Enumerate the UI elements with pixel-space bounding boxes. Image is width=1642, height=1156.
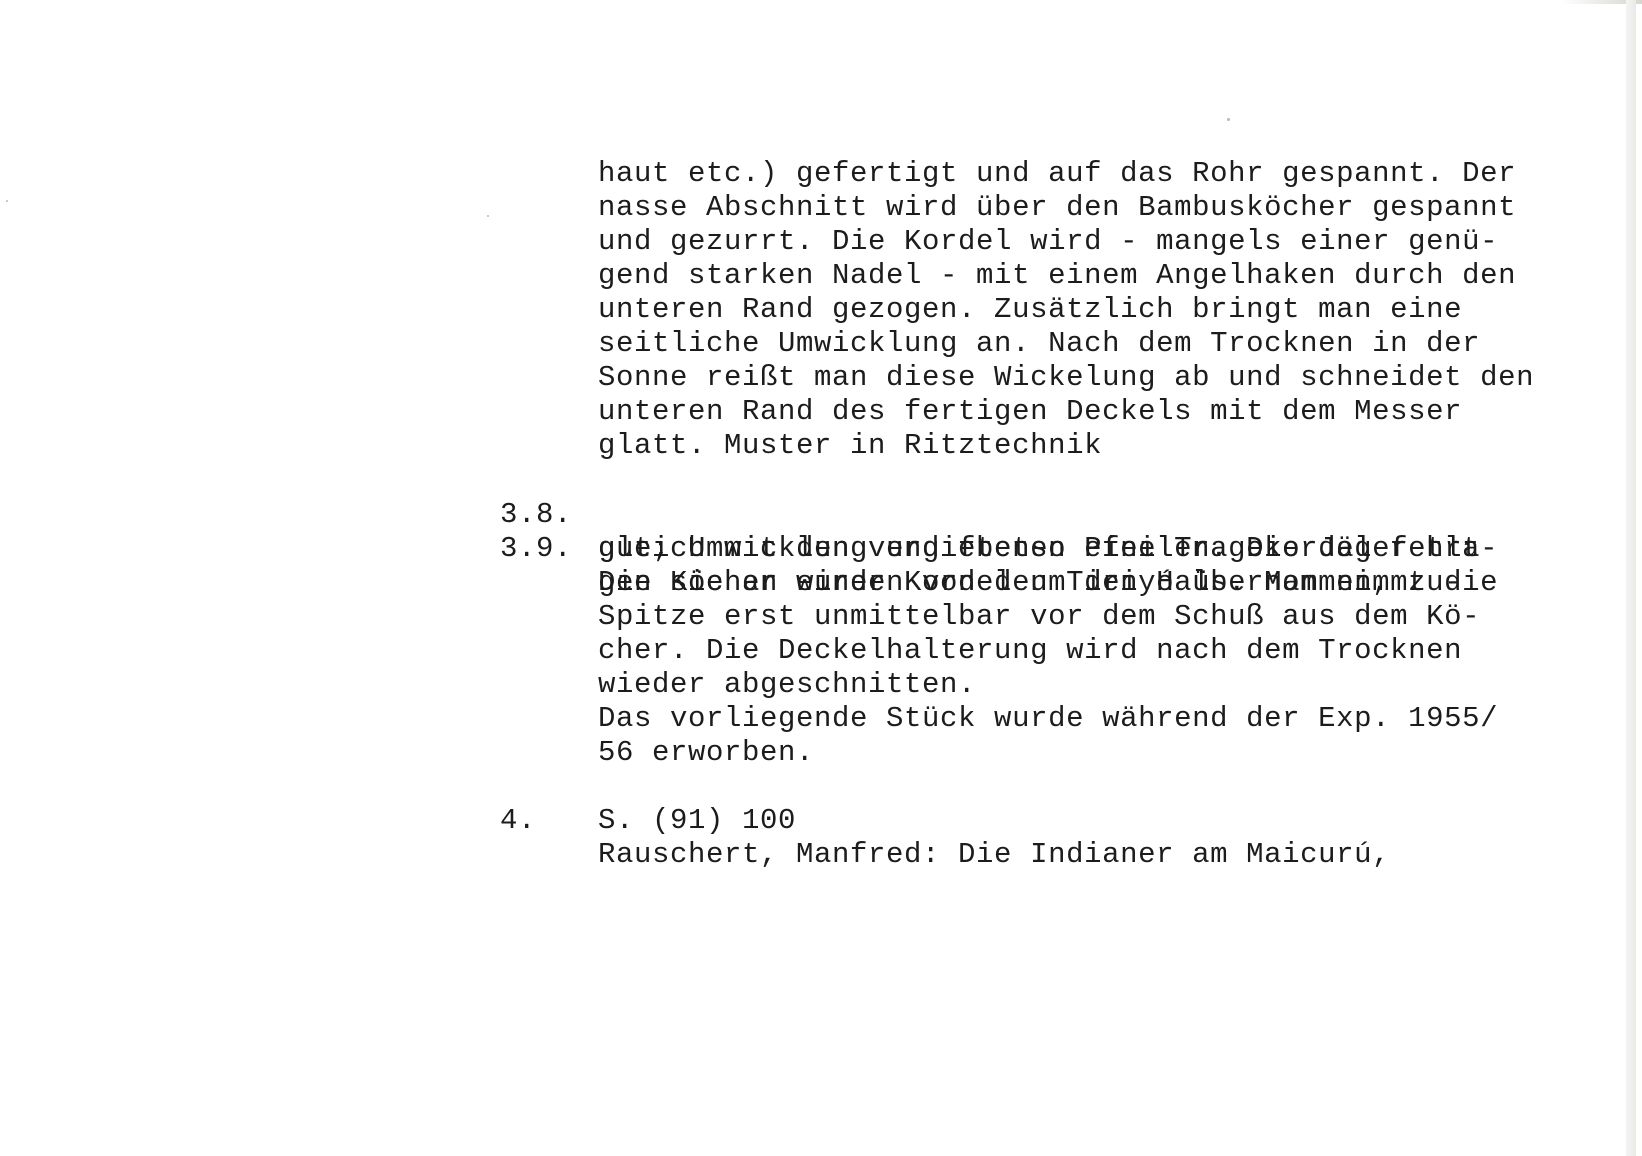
line-text: Sonne reißt man diese Wickelung ab und s… (598, 361, 1534, 395)
line-text: und gezurrt. Die Kordel wird - mangels e… (598, 225, 1498, 259)
line-text: 56 erworben. (598, 736, 814, 770)
line-text: S. (91) 100 (598, 804, 796, 838)
card-right-edge (1626, 0, 1636, 1156)
paper-speck (1227, 118, 1230, 121)
line-text: nasse Abschnitt wird über den Bambusköch… (598, 191, 1516, 225)
section-number: 4. (500, 804, 536, 838)
section-3-9: 3.9. Die Köcher wurden von den Tiriyó üb… (0, 498, 108, 532)
line-text: cher. Die Deckelhalterung wird nach dem … (598, 634, 1462, 668)
line-text: gen sie an einer Kordel um den Hals. Man… (598, 566, 1498, 600)
line-text: haut etc.) gefertigt und auf das Rohr ge… (598, 157, 1516, 191)
index-card: haut etc.) gefertigt und auf das Rohr ge… (0, 0, 1636, 1156)
line-text: wieder abgeschnitten. (598, 668, 976, 702)
section-4: 4. Rauschert, Manfred: Die Indianer am M… (0, 770, 108, 804)
paper-speck (487, 215, 489, 217)
section-number: 3.9. (500, 532, 572, 566)
line-text: Rauschert, Manfred: Die Indianer am Maic… (598, 838, 1390, 872)
line-text: unteren Rand des fertigen Deckels mit de… (598, 395, 1462, 429)
line-text: Spitze erst unmittelbar vor dem Schuß au… (598, 600, 1480, 634)
line-text: gend starken Nadel - mit einem Angelhake… (598, 259, 1516, 293)
section-number: 3.8. (500, 498, 572, 532)
line-text: unteren Rand gezogen. Zusätzlich bringt … (598, 293, 1462, 327)
line-text: gleich mit den vergifteten Pfeilen. Die … (598, 532, 1498, 566)
typed-text-block: haut etc.) gefertigt und auf das Rohr ge… (0, 0, 72, 957)
line-text: Das vorliegende Stück wurde während der … (598, 702, 1498, 736)
line-text: seitliche Umwicklung an. Nach dem Trockn… (598, 327, 1480, 361)
line-text: glatt. Muster in Ritztechnik (598, 429, 1102, 463)
section-3-8: 3.8. gut; Umwicklung und ebenso eine Tra… (0, 464, 108, 498)
